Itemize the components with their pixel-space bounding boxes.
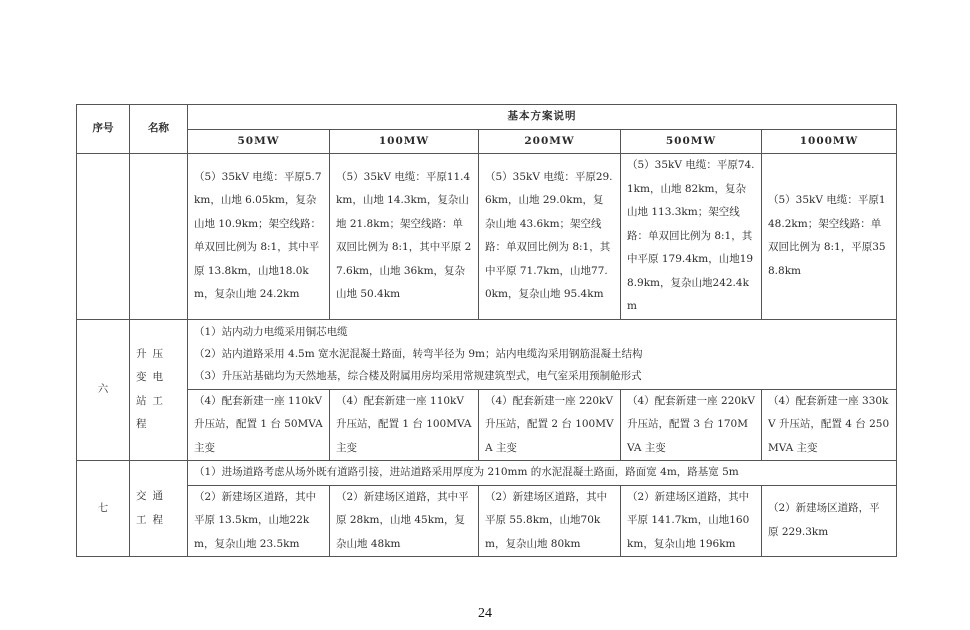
table-row-substation: 六 升压变电站工程 （1）站内动力电缆采用铜芯电缆 （2）站内道路采用 4.5m… <box>77 319 897 389</box>
substation-cell-50mw: （4）配套新建一座 110kV 升压站，配置 1 台 50MVA 主变 <box>188 389 330 461</box>
table-row-traffic-capacity: （2）新建场区道路，其中平原 13.5km，山地22km，复杂山地 23.5km… <box>77 485 897 557</box>
traffic-cell-200mw: （2）新建场区道路，其中平原 55.8km，山地70km，复杂山地 80km <box>479 485 621 557</box>
substation-common-items: （1）站内动力电缆采用铜芯电缆 （2）站内道路采用 4.5m 宽水泥混凝土路面，… <box>188 319 897 389</box>
traffic-item-1: （1）进场道路考虑从场外既有道路引接，进站道路采用厚度为 210mm 的水泥混凝… <box>188 461 897 486</box>
cable-cell-100mw: （5）35kV 电缆：平原11.4km，山地 14.3km，复杂山地 21.8k… <box>330 154 479 320</box>
cable-cell-50mw: （5）35kV 电缆：平原5.7km，山地 6.05km，复杂山地 10.9km… <box>188 154 330 320</box>
substation-item-1: （1）站内动力电缆采用铜芯电缆 <box>194 321 890 343</box>
row-name <box>130 154 188 320</box>
substation-cell-1000mw: （4）配套新建一座 330kV 升压站，配置 4 台 250MVA 主变 <box>762 389 897 461</box>
substation-item-3: （3）升压站基础均为天然地基，综合楼及附属用房均采用常规建筑型式，电气室采用预制… <box>194 365 890 387</box>
header-capacity-200mw: 200MW <box>479 129 621 154</box>
substation-item-2: （2）站内道路采用 4.5m 宽水泥混凝土路面，转弯半径为 9m；站内电缆沟采用… <box>194 343 890 365</box>
scheme-table: 序号 名称 基本方案说明 50MW 100MW 200MW 500MW 1000… <box>76 104 897 557</box>
cable-cell-1000mw: （5）35kV 电缆：平原148.2km；架空线路：单双回比例为 8:1，平原3… <box>762 154 897 320</box>
header-capacity-100mw: 100MW <box>330 129 479 154</box>
header-capacity-50mw: 50MW <box>188 129 330 154</box>
traffic-cell-100mw: （2）新建场区道路，其中平原 28km，山地 45km，复杂山地 48km <box>330 485 479 557</box>
table-row-cable: （5）35kV 电缆：平原5.7km，山地 6.05km，复杂山地 10.9km… <box>77 154 897 320</box>
row-index: 七 <box>77 461 130 557</box>
cable-cell-200mw: （5）35kV 电缆：平原29.6km，山地 29.0km，复杂山地 43.6k… <box>479 154 621 320</box>
traffic-cell-1000mw: （2）新建场区道路，平原 229.3km <box>762 485 897 557</box>
row-name: 交通工程 <box>130 461 188 557</box>
row-index: 六 <box>77 319 130 461</box>
header-name: 名称 <box>130 105 188 154</box>
traffic-cell-500mw: （2）新建场区道路，其中平原 141.7km，山地160km，复杂山地 196k… <box>621 485 762 557</box>
table-row-substation-capacity: （4）配套新建一座 110kV 升压站，配置 1 台 50MVA 主变 （4）配… <box>77 389 897 461</box>
table-row-traffic: 七 交通工程 （1）进场道路考虑从场外既有道路引接，进站道路采用厚度为 210m… <box>77 461 897 486</box>
header-capacity-1000mw: 1000MW <box>762 129 897 154</box>
substation-cell-200mw: （4）配套新建一座 220kV 升压站，配置 2 台 100MVA 主变 <box>479 389 621 461</box>
row-name: 升压变电站工程 <box>130 319 188 461</box>
header-index: 序号 <box>77 105 130 154</box>
header-capacity-500mw: 500MW <box>621 129 762 154</box>
row-index <box>77 154 130 320</box>
substation-cell-100mw: （4）配套新建一座 110kV 升压站，配置 1 台 100MVA 主变 <box>330 389 479 461</box>
page-number: 24 <box>0 606 970 622</box>
cable-cell-500mw: （5）35kV 电缆：平原74.1km，山地 82km，复杂山地 113.3km… <box>621 154 762 320</box>
header-group-title: 基本方案说明 <box>188 105 897 130</box>
traffic-cell-50mw: （2）新建场区道路，其中平原 13.5km，山地22km，复杂山地 23.5km <box>188 485 330 557</box>
substation-cell-500mw: （4）配套新建一座 220kV 升压站，配置 3 台 170MVA 主变 <box>621 389 762 461</box>
